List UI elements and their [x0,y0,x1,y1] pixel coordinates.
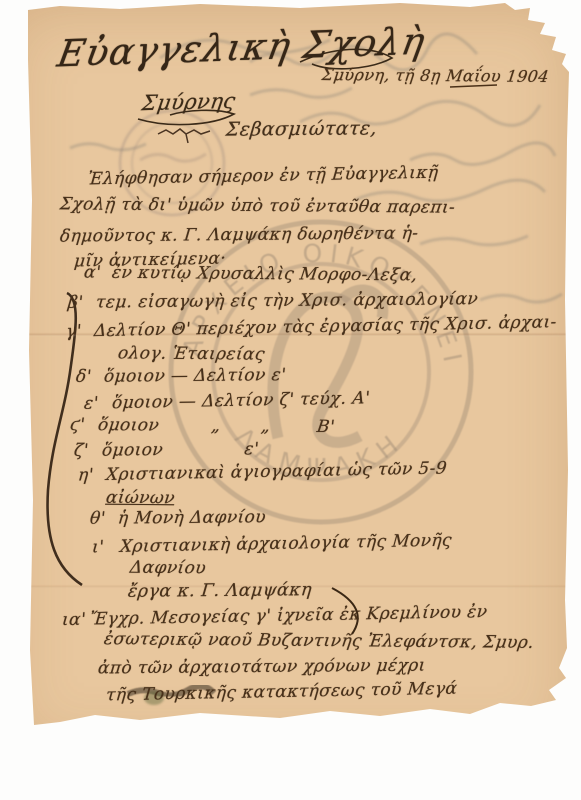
list-item-continuation: αἰώνων [105,488,177,509]
item-text: Χριστιανικαὶ ἁγιογραφίαι ὡς τῶν 5-9 [105,458,448,485]
item-marker: ε' [83,393,113,414]
list-item: θ'ἡ Μονὴ Δαφνίου [89,507,267,529]
works-heading: ἔργα κ. Γ. Λαμψάκη [127,580,313,602]
item-text: ἀπὸ τῶν ἀρχαιοτάτων χρόνων μέχρι [97,656,427,679]
list-item: ια'Ἔγχρ. Μεσογείας γ' ἰχνεῖα ἐκ Κρεμλίνο… [61,602,488,630]
item-text: Δελτίον Θ' περιέχον τὰς ἐργασίας τῆς Χρι… [93,312,557,341]
dateline: Σμύρνη, τῇ 8ῃ Μαΐου 1904 [321,65,550,86]
body-line: Σχολῇ τὰ δι' ὑμῶν ὑπὸ τοῦ ἐνταῦθα παρεπι… [59,194,457,217]
item-text: τεμ. εἰσαγωγὴ εἰς τὴν Χρισ. ἀρχαιολογίαν [95,289,479,312]
item-text: αἰώνων [105,488,177,509]
item-marker: ζ' [73,441,103,461]
list-item: ζ'ὅμοιον ε' [73,439,260,461]
body-line: Ἐλήφθησαν σήμερον ἐν τῇ Εὐαγγελικῇ [87,163,439,190]
item-marker: α' [83,263,114,283]
list-item: β'τεμ. εἰσαγωγὴ εἰς τὴν Χρισ. ἀρχαιολογί… [67,289,479,313]
item-marker: η' [77,465,107,486]
item-text: Δαφνίου [129,558,208,579]
list-item-continuation: τῆς Τουρκικῆς κατακτήσεως τοῦ Μεγά [105,679,458,706]
list-item: ι'Χριστιανικὴ ἀρχαιολογία τῆς Μονῆς [91,531,453,558]
salutation: Σεβασμιώτατε, [225,117,378,140]
list-item: γ'Δελτίον Θ' περιέχον τὰς ἐργασίας τῆς Χ… [65,312,557,341]
item-marker: θ' [89,509,119,529]
item-text: ὅμοιον „ „ Β' [97,415,336,437]
item-text: τῆς Τουρκικῆς κατακτήσεως τοῦ Μεγά [105,679,458,706]
item-text: ἐσωτερικῷ ναοῦ Βυζαντινῆς Ἐλεφάντσκ, Σμυ… [103,629,536,653]
aged-letter-paper: ΑΡΧΕΙΟ ΟΙΚΟΓΕΝΕΙΑΣ ΛΑΜΨΑΚΗ [0,0,581,760]
item-text: ὅμοιον — Δελτίον ζ' τεύχ. Α' [111,388,371,413]
list-item: ε'ὅμοιον — Δελτίον ζ' τεύχ. Α' [83,388,371,414]
list-item: η'Χριστιανικαὶ ἁγιογραφίαι ὡς τῶν 5-9 [77,458,448,485]
body-line: δημοῦντος κ. Γ. Λαμψάκη δωρηθέντα ἡ- [59,223,419,246]
item-marker: ι' [91,537,121,558]
list-item: α'ἐν κυτίῳ Χρυσαλλὶς Μορφο-Λεξα, [83,263,419,286]
list-item: ϛ'ὅμοιον „ „ Β' [69,415,336,437]
item-text: Ἔγχρ. Μεσογείας γ' ἰχνεῖα ἐκ Κρεμλίνου ἐ… [89,602,488,630]
item-marker: δ' [75,367,105,387]
list-item-continuation: ἀπὸ τῶν ἀρχαιοτάτων χρόνων μέχρι [97,656,427,679]
item-text: ἐν κυτίῳ Χρυσαλλὶς Μορφο-Λεξα, [111,263,419,286]
item-text: ὅμοιον — Δελτίον ε' [103,365,287,387]
item-marker: ια' [61,610,91,631]
item-marker: β' [67,293,97,313]
item-text: Χριστιανικὴ ἀρχαιολογία τῆς Μονῆς [119,531,453,557]
salutation-ornament [158,129,210,143]
scanned-letter-page: { "document": { "letterhead": { "school"… [0,0,581,800]
item-text: ἡ Μονὴ Δαφνίου [117,507,267,528]
letterhead-city: Σμύρνης [140,89,237,116]
list-item: δ'ὅμοιον — Δελτίον ε' [75,365,287,387]
item-text: ολογ. Ἑταιρείας [117,343,266,364]
list-item-continuation: ολογ. Ἑταιρείας [117,343,266,364]
list-item-continuation: ἐσωτερικῷ ναοῦ Βυζαντινῆς Ἐλεφάντσκ, Σμυ… [103,629,536,653]
item-marker: γ' [65,321,95,342]
list-item-continuation: Δαφνίου [129,558,208,579]
item-text: ὅμοιον ε' [101,439,260,460]
item-marker: ϛ' [69,415,100,435]
